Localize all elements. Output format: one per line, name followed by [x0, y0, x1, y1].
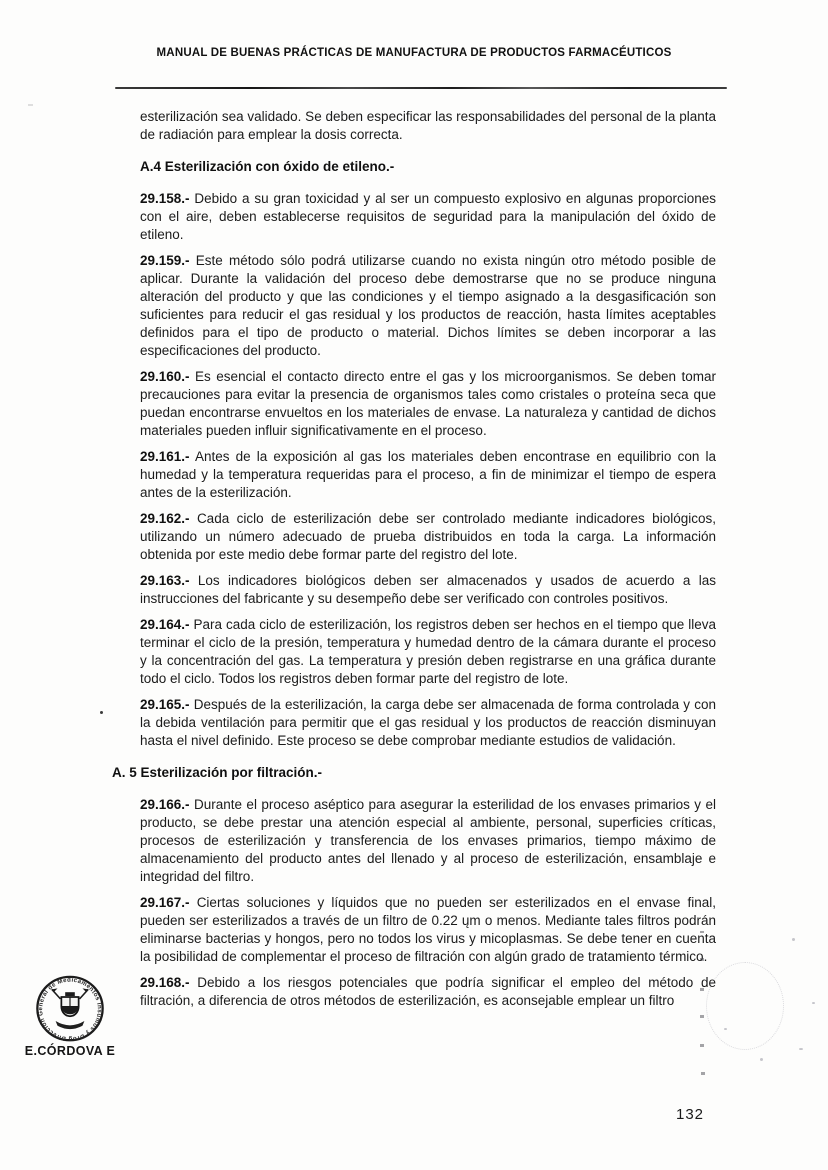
paragraph-number: 29.164.- [140, 617, 190, 632]
paragraph-text: Para cada ciclo de esterilización, los r… [140, 617, 716, 686]
paragraph-text: Debido a su gran toxicidad y al ser un c… [140, 191, 716, 242]
paragraph-text: esterilización sea validado. Se deben es… [140, 109, 716, 142]
page-number: 132 [676, 1106, 704, 1123]
page-header-title: MANUAL DE BUENAS PRÁCTICAS DE MANUFACTUR… [0, 47, 828, 59]
paragraph-number: 29.159.- [140, 253, 190, 268]
paragraph-text: Durante el proceso aséptico para asegura… [140, 797, 716, 884]
paragraph-number: 29.161.- [140, 449, 190, 464]
scan-mark [700, 1044, 704, 1047]
section-heading-a5: A. 5 Esterilización por filtración.- [112, 764, 716, 782]
paragraph: 29.163.- Los indicadores biológicos debe… [140, 572, 716, 608]
stray-ink-dot [100, 711, 103, 714]
paragraph: 29.160.- Es esencial el contacto directo… [140, 368, 716, 440]
scan-mark [28, 104, 33, 106]
document-page: MANUAL DE BUENAS PRÁCTICAS DE MANUFACTUR… [0, 0, 828, 1170]
paragraph: 29.161.- Antes de la exposición al gas l… [140, 448, 716, 502]
paragraph-number: 29.167.- [140, 895, 190, 910]
official-seal-stamp: Dirección General de Medicamentos Insumo… [20, 973, 120, 1058]
paragraph: 29.164.- Para cada ciclo de esterilizaci… [140, 616, 716, 688]
paragraph-number: 29.163.- [140, 573, 190, 588]
scan-mark [700, 931, 704, 933]
paragraph-text: Antes de la exposición al gas los materi… [140, 449, 716, 500]
header-divider [115, 87, 727, 89]
paragraph-number: 29.158.- [140, 191, 190, 206]
paragraph: 29.159.- Este método sólo podrá utilizar… [140, 252, 716, 360]
paragraph-text: Los indicadores biológicos deben ser alm… [140, 573, 716, 606]
paragraph-number: 29.165.- [140, 697, 190, 712]
ink-speck [812, 1002, 815, 1004]
scan-mark [700, 1015, 704, 1018]
paragraph-number: 29.162.- [140, 511, 190, 526]
section-heading-a4: A.4 Esterilización con óxido de etileno.… [140, 158, 716, 176]
scan-mark [700, 958, 704, 961]
paragraph-text: Después de la esterilización, la carga d… [140, 697, 716, 748]
document-body: esterilización sea validado. Se deben es… [140, 108, 716, 1010]
paragraph-text: Es esencial el contacto directo entre el… [140, 369, 716, 438]
paragraph: 29.167.- Ciertas soluciones y líquidos q… [140, 894, 716, 966]
coat-of-arms-icon: Dirección General de Medicamentos Insumo… [22, 973, 118, 1045]
paragraph: 29.162.- Cada ciclo de esterilización de… [140, 510, 716, 564]
paragraph: 29.168.- Debido a los riesgos potenciale… [140, 974, 716, 1010]
scan-mark [701, 1072, 705, 1075]
paragraph-text: Cada ciclo de esterilización debe ser co… [140, 511, 716, 562]
stamp-signature: E.CÓRDOVA E [20, 1044, 120, 1058]
paragraph-text: Este método sólo podrá utilizarse cuando… [140, 253, 716, 358]
ink-speck [724, 1028, 727, 1030]
intro-paragraph: esterilización sea validado. Se deben es… [140, 108, 716, 144]
scan-mark [700, 988, 704, 991]
paragraph-number: 29.168.- [140, 975, 190, 990]
paragraph-text: Debido a los riesgos potenciales que pod… [140, 975, 716, 1008]
paragraph: 29.158.- Debido a su gran toxicidad y al… [140, 190, 716, 244]
paragraph: 29.165.- Después de la esterilización, l… [140, 696, 716, 750]
paragraph-number: 29.160.- [140, 369, 190, 384]
ink-speck [799, 1048, 803, 1050]
paragraph-text: Ciertas soluciones y líquidos que no pue… [140, 895, 716, 964]
paragraph-number: 29.166.- [140, 797, 190, 812]
paragraph: 29.166.- Durante el proceso aséptico par… [140, 796, 716, 886]
ink-speck [792, 938, 795, 941]
ink-speck [760, 1058, 763, 1061]
faint-stamp-mark [706, 962, 784, 1050]
